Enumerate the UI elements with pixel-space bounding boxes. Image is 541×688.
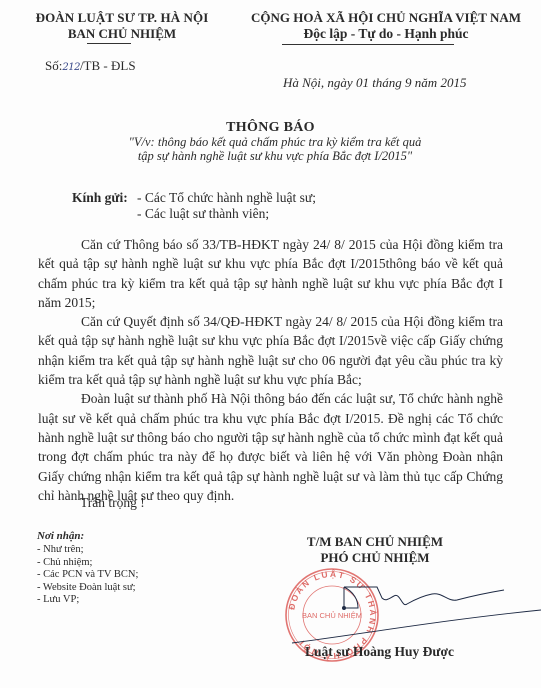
subject-line-1: "V/v: thông báo kết quả chấm phúc tra kỳ… — [110, 135, 440, 149]
body-paragraph: Đoàn luật sư thành phố Hà Nội thông báo … — [38, 389, 503, 505]
national-title: CỘNG HOÀ XÃ HỘI CHỦ NGHĨA VIỆT NAM — [236, 10, 536, 26]
recipients-label: Kính gửi: — [72, 190, 128, 206]
distribution-item: - Các PCN và TV BCN; — [37, 569, 138, 582]
document-number: Số:212/TB - ĐLS — [45, 58, 136, 74]
distribution-list: - Như trên; - Chủ nhiệm; - Các PCN và TV… — [37, 544, 138, 607]
signature-role-line-2: PHÓ CHỦ NHIỆM — [300, 550, 450, 566]
handwritten-signature-icon — [282, 580, 541, 650]
distribution-item: - Website Đoàn luật sư; — [37, 582, 138, 595]
organization-department: BAN CHỦ NHIỆM — [33, 26, 211, 42]
document-title: THÔNG BÁO — [0, 120, 541, 136]
body-paragraph: Căn cứ Thông báo số 33/TB-HĐKT ngày 24/ … — [38, 235, 503, 312]
national-motto: Độc lập - Tự do - Hạnh phúc — [236, 26, 536, 42]
distribution-item: - Lưu VP; — [37, 594, 138, 607]
recipient-item: - Các luật sư thành viên; — [137, 206, 316, 222]
recipient-item: - Các Tổ chức hành nghề luật sư; — [137, 190, 316, 206]
doc-number-label: Số: — [45, 58, 62, 73]
signer-name: Luật sư Hoàng Huy Được — [305, 644, 454, 660]
organization-name: ĐOÀN LUẬT SƯ TP. HÀ NỘI — [33, 10, 211, 26]
distribution-item: - Như trên; — [37, 544, 138, 557]
doc-number-suffix: /TB - ĐLS — [80, 58, 136, 73]
doc-number-handwritten: 212 — [62, 62, 80, 73]
distribution-item: - Chủ nhiệm; — [37, 557, 138, 570]
subject-line-2: tập sự hành nghề luật sư khu vực phía Bắ… — [110, 149, 440, 163]
document-body: Căn cứ Thông báo số 33/TB-HĐKT ngày 24/ … — [38, 235, 503, 505]
document-subject: "V/v: thông báo kết quả chấm phúc tra kỳ… — [110, 135, 440, 163]
place-and-date: Hà Nội, ngày 01 tháng 9 năm 2015 — [283, 75, 466, 91]
signature-role-line-1: T/M BAN CHỦ NHIỆM — [300, 534, 450, 550]
body-paragraph: Căn cứ Quyết định số 34/QĐ-HĐKT ngày 24/… — [38, 312, 503, 389]
recipients-list: - Các Tổ chức hành nghề luật sư; - Các l… — [137, 190, 316, 222]
distribution-label: Nơi nhận: — [37, 530, 84, 542]
motto-underline — [282, 44, 454, 45]
department-underline — [87, 43, 131, 44]
closing-salutation: Trân trọng ! — [80, 495, 145, 511]
